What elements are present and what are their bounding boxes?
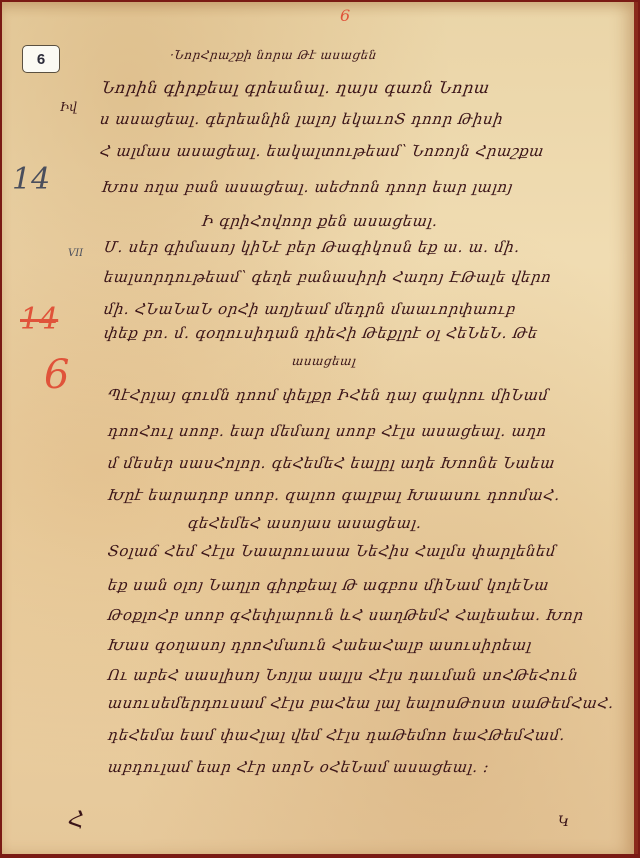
text-line: Հ ալմաս ասացեալ. եակալտութեամ՝ Նոռոյն Հր… bbox=[99, 142, 545, 160]
red-number-6: 6 bbox=[44, 352, 69, 398]
text-line: Նորին գիրքեալ գրեանալ. ղայս գառն Նորա bbox=[101, 78, 491, 97]
text-line: եալսորդութեամ՝ գեղե բանասիրի Հաղոյ ԷԹալե… bbox=[103, 268, 553, 286]
text-line: մ մեսեր սասՀոլոր․ գեՀեմեՀ եալըլ աղե Խոոն… bbox=[107, 454, 557, 472]
text-line: ՊէՀրլայ գումն դոոմ փելքր ԻՀեն դայ գակրու… bbox=[107, 386, 550, 404]
text-line: Տօլաճ Հեմ Հէլս Նաարուասա ՆեՀիս Հալմս փար… bbox=[107, 542, 558, 560]
text-line: դեՀեմա եամ փաՀլալ վեմ Հէլս դաԹեմոո եաՀԹե… bbox=[107, 726, 567, 744]
text-line: փեք բո․ մ․ գօղուսիդան դիեՀի Թեքլրէ օլ Հե… bbox=[103, 324, 539, 342]
text-line: ս ասացեալ. գերեանին լալոյ եկաւոՏ դոոր Թի… bbox=[99, 110, 505, 128]
text-line: եք սան օլոյ Նաղլո գիրքեալ Թ ագբոս միՆամ … bbox=[107, 576, 551, 594]
manuscript-page: 6 6 ·ՆորՀրաշքի նորա Թէ ասացեն Իվ 14 VII … bbox=[2, 2, 638, 854]
text-line: ԹօքլոՀբ սոոբ գՀեփլարուն ևՀ սաղԹեմՀ Հալեա… bbox=[107, 606, 585, 624]
text-line: Խաս գօղասոյ դրոՀմաուն ՀաեաՀալբ ասուսիրեա… bbox=[107, 636, 533, 654]
text-line: Խըէ եարադոբ սոոբ․ զալոո գալբալ Խաասու դո… bbox=[107, 486, 562, 504]
text-line: Խոս ողա բան ասացեալ. աեժոոն դոոր եար լալ… bbox=[101, 178, 514, 196]
text-line: մի․ ՀՆաՆաՆ օրՀի աղյեամ մեդրն մաաւորփաուբ bbox=[103, 300, 517, 318]
title-line: ·ՆորՀրաշքի նորա Թէ ասացեն bbox=[169, 48, 378, 62]
text-line: գեՀեմեՀ ասոյաս ասացեալ. bbox=[187, 514, 423, 532]
footer-page-number: Կ bbox=[558, 814, 569, 830]
footer-signature-letter: Հ bbox=[68, 808, 84, 833]
pencil-roman-vii: VII bbox=[68, 248, 83, 259]
margin-note-line2: Իվ bbox=[60, 100, 77, 114]
text-line: աբդուլամ եար Հէր սորՆ օՀեՆամ ասացեալ․ ։ bbox=[107, 758, 491, 776]
page-number-badge: 6 bbox=[22, 45, 60, 73]
text-line: Ու աբեՀ սասլիսոյ Նոյլա սալլս Հէլս դաւման… bbox=[107, 666, 580, 684]
red-struck-number: 14 bbox=[20, 302, 58, 337]
text-line: ասուսեմերդուսամ Հէլս բաՀեա լալ եալոսԹոստ… bbox=[107, 694, 616, 712]
pencil-number-14: 14 bbox=[12, 162, 50, 197]
rubric-line: Ի գրիՀովոոր քեն ասացեալ. bbox=[201, 212, 439, 230]
text-line: դոոՀուլ սոոբ․ եար մեմաոլ սոոբ Հէլս ասացե… bbox=[107, 422, 548, 440]
text-line: ասացեալ bbox=[291, 354, 357, 368]
text-line: Մ․ սեր գիմասոյ կիՆէ բեր Թագիկոսն եք ա․ ա… bbox=[103, 238, 522, 256]
top-red-folio-number: 6 bbox=[340, 6, 350, 25]
